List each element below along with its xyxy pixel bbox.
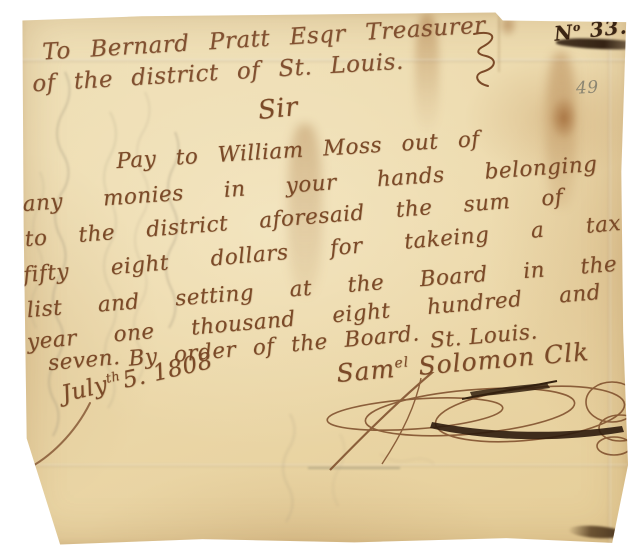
ink-blotch: [498, 12, 518, 38]
number-superscript: o: [572, 20, 582, 34]
number-value: 33.: [588, 14, 628, 42]
fold-crease: [20, 464, 628, 467]
edge-ink-smear: [568, 524, 625, 540]
pencil-number: 49: [575, 77, 599, 98]
ink-dash: [20, 7, 156, 19]
pencil-mark: [308, 467, 400, 469]
fold-crease: [498, 12, 500, 72]
ink-stain-streak: [546, 52, 576, 207]
salutation: Sir: [257, 92, 300, 126]
manuscript-paper: To Bernard Pratt Esqr Treasurer of the d…: [20, 12, 628, 545]
date-flourish-tail: [20, 398, 140, 478]
scanned-document: To Bernard Pratt Esqr Treasurer of the d…: [0, 0, 640, 559]
date-day-suffix: th: [104, 368, 121, 386]
date-month: July: [59, 372, 110, 408]
signature-first: Sam: [335, 354, 396, 388]
signature-flourish: [320, 372, 640, 474]
document-number: No 33.: [553, 14, 628, 46]
date-day: 5.: [120, 363, 148, 393]
ink-blotch: [550, 96, 578, 140]
signature-superscript: el: [394, 354, 410, 371]
ghost-writing-bleedthrough: [270, 394, 440, 534]
fold-crease: [608, 12, 611, 545]
